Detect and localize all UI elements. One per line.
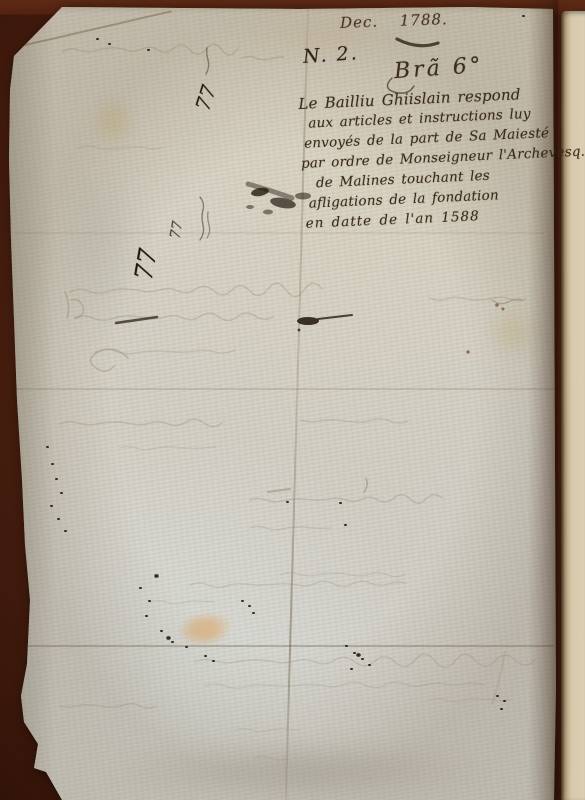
- item-number-note: N. 2.: [302, 42, 359, 68]
- stain-yellow-left: [82, 82, 146, 162]
- fold-crease-horizontal-high: [14, 232, 544, 234]
- archive-date-note: Dec. 1788.: [340, 10, 448, 32]
- margin-numeral-mid-large: 77: [129, 246, 163, 282]
- response-note: Le Bailliu Ghiislain respond aux article…: [298, 82, 585, 234]
- stain-beige: [165, 601, 245, 657]
- fold-crease-horizontal-mid: [14, 388, 554, 390]
- stain-yellow-right: [476, 300, 552, 366]
- margin-numeral-mid-small: 77: [167, 220, 186, 240]
- shading-bottom: [60, 735, 540, 800]
- fold-crease-horizontal-low: [14, 645, 554, 647]
- photo-of-manuscript: Dec. 1788. N. 2. Brã 6° Le Bailliu Ghiis…: [0, 0, 585, 800]
- fold-crease-corner: [8, 10, 172, 50]
